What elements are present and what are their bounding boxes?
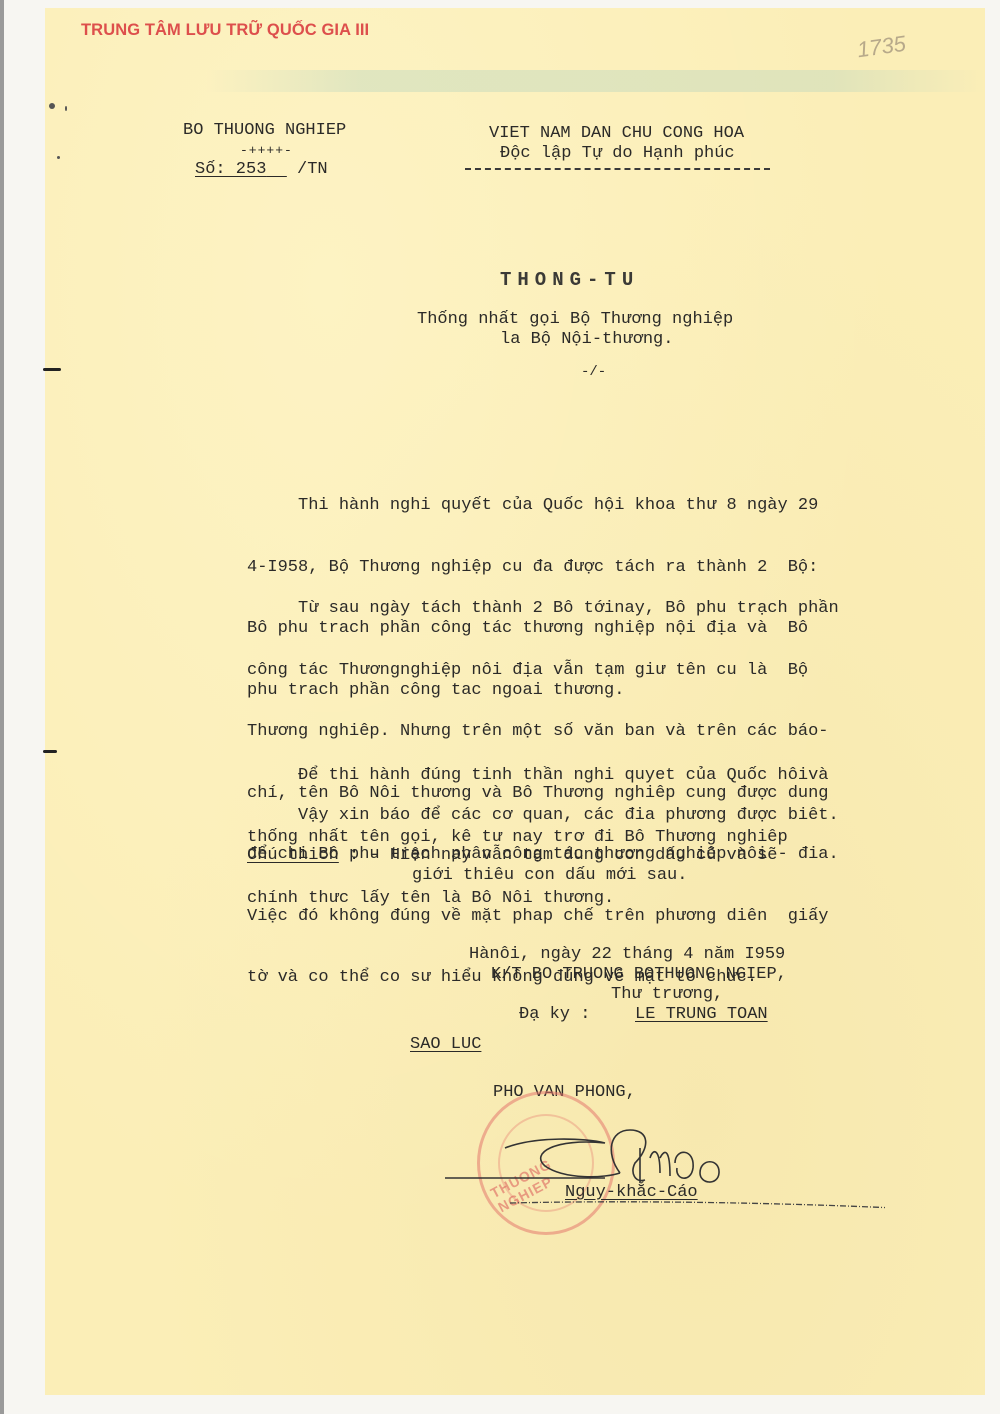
paragraph-line: chính thưc lấy tên là Bô Nôi thương. — [247, 889, 829, 910]
place-date: Hànôi, ngày 22 tháng 4 năm I959 — [469, 945, 785, 965]
paragraph-line: Để thi hành đúng tinh thần nghi quyet củ… — [247, 766, 829, 787]
note-text-1: : - Hiên nay vẫn tạm dung con dấu cũ và … — [339, 846, 778, 865]
archive-stamp: TRUNG TÂM LƯU TRỮ QUỐC GIA III — [81, 21, 369, 40]
subject-line-1: Thống nhất gọi Bộ Thương nghiệp — [417, 310, 733, 330]
scan-edge — [0, 0, 4, 1414]
ornament: -++++- — [240, 141, 293, 161]
ink-speck — [65, 106, 67, 111]
document-type: THONG-TU — [500, 270, 639, 290]
note-label: Chú thich — [247, 846, 339, 865]
handwritten-page-number: 1735 — [855, 31, 907, 64]
ink-speck — [49, 103, 55, 109]
paragraph-line: Từ sau ngày tách thành 2 Bô tớinay, Bô p… — [247, 599, 839, 620]
signer-name: LE TRUNG TOAN — [635, 1005, 768, 1025]
signer-position: Thư trương, — [611, 985, 723, 1005]
document-number-label: Số: 253 — [195, 160, 266, 179]
paragraph-line: thống nhất tên gọi, kê tư nay trơ đi Bô … — [247, 828, 829, 849]
paragraph-line: công tác Thươngnghiệp nôi địa vẫn tạm gi… — [247, 661, 839, 682]
number-blank — [266, 160, 286, 179]
notice-line: Vậy xin báo để các cơ quan, các đia phươ… — [247, 806, 839, 827]
document-number: Số: 253 /TN — [195, 160, 328, 180]
national-motto: Độc lập Tự do Hạnh phúc — [500, 144, 735, 164]
ink-speck — [57, 156, 60, 159]
country-name: VIET NAM DAN CHU CONG HOA — [489, 124, 744, 144]
signed-label: Đạ ky : — [519, 1005, 590, 1025]
title-separator: -/- — [581, 362, 606, 382]
document-page: TRUNG TÂM LƯU TRỮ QUỐC GIA III 1735 BO T… — [45, 8, 985, 1395]
note-line-1: Chú thich : - Hiên nay vẫn tạm dung con … — [247, 846, 778, 866]
ministry-name: BO THUONG NGHIEP — [183, 121, 346, 141]
document-number-suffix: /TN — [287, 160, 328, 179]
note-line-2: giới thiêu con dấu mới sau. — [412, 866, 687, 886]
punch-mark — [43, 750, 57, 753]
scan-discoloration — [205, 70, 985, 92]
punch-mark — [43, 368, 61, 371]
subject-line-2: la Bộ Nội-thương. — [500, 330, 673, 350]
paragraph-line: Thi hành nghi quyết của Quốc hội khoa th… — [247, 496, 818, 517]
paragraph-3: Để thi hành đúng tinh thần nghi quyet củ… — [247, 725, 829, 951]
copy-signer-name: Nguy-khắc-Cáo — [565, 1183, 698, 1203]
handwritten-signature — [435, 1118, 885, 1228]
header-rule — [465, 168, 770, 170]
on-behalf-line: K/T BO TRUONG BOTHUONG NGIEP, — [491, 965, 787, 985]
copy-label: SAO LUC — [410, 1035, 481, 1055]
